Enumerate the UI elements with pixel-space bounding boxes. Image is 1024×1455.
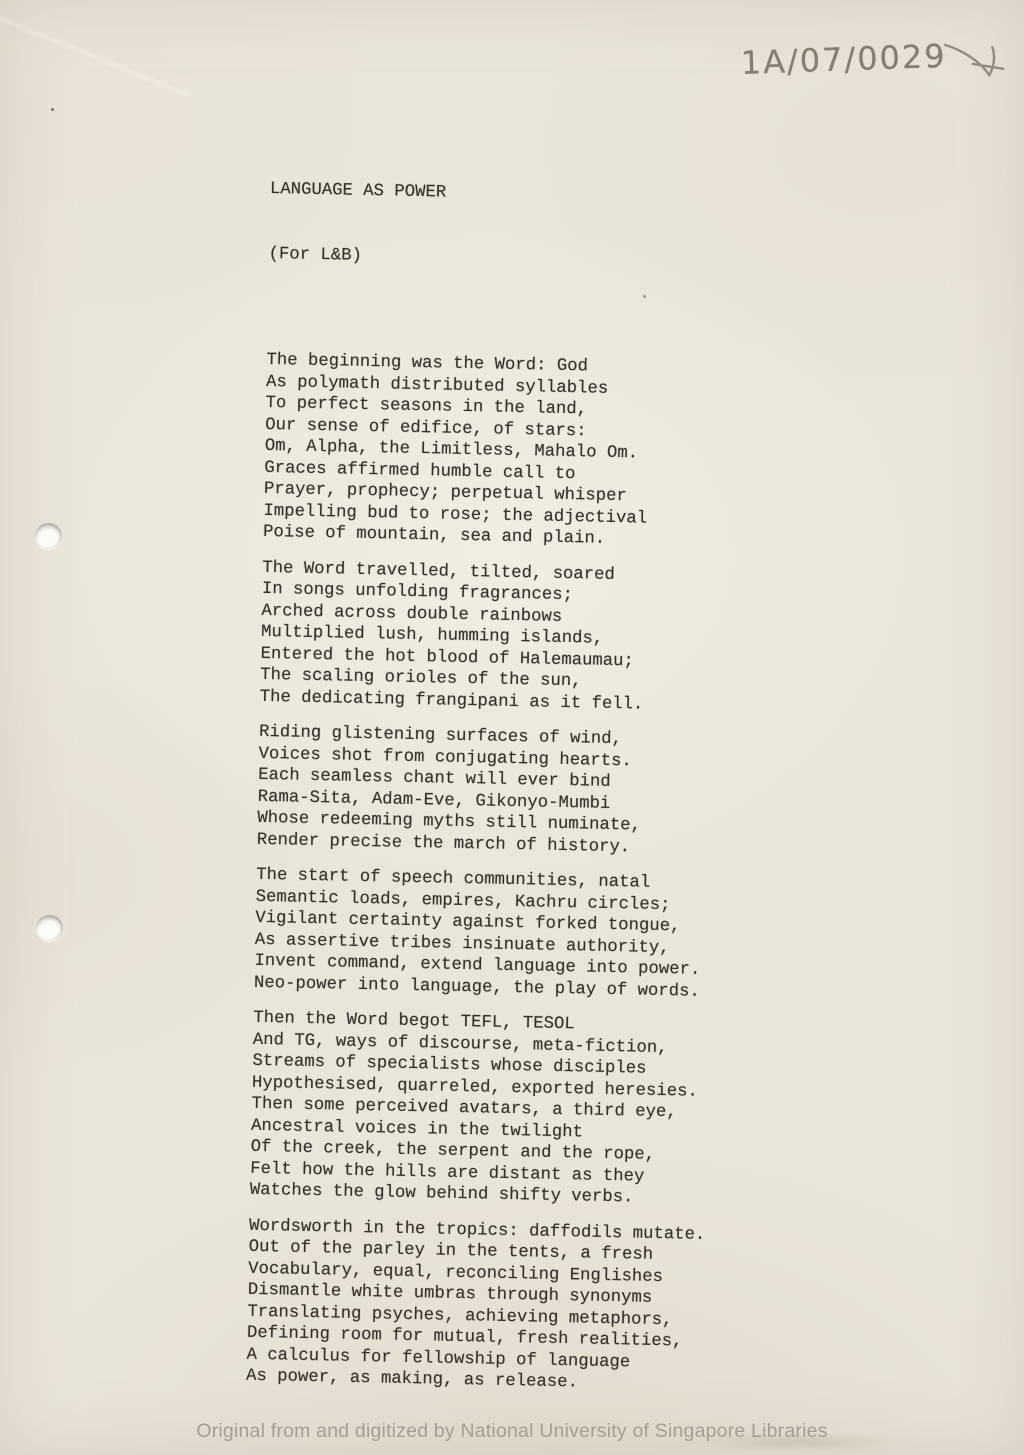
poem-stanzas: The beginning was the Word: GodAs polyma… xyxy=(246,350,723,1396)
stanza: Then the Word begot TEFL, TESOLAnd TG, w… xyxy=(250,1008,710,1211)
stanza: The beginning was the Word: GodAs polyma… xyxy=(263,350,723,553)
scanned-document-page: { "document": { "archival_reference": "1… xyxy=(0,0,1024,1455)
punch-hole-top xyxy=(35,523,62,549)
archival-reference-handwriting: 1A/07/0029 xyxy=(740,33,1007,88)
punch-hole-bottom xyxy=(36,915,63,941)
stanza: The Word travelled, tilted, soaredIn son… xyxy=(260,557,719,717)
digitization-watermark: Original from and digitized by National … xyxy=(0,1420,1024,1443)
pen-flourish-icon xyxy=(942,33,1008,81)
stanza: Wordsworth in the tropics: daffodils mut… xyxy=(246,1215,706,1396)
archival-reference-text: 1A/07/0029 xyxy=(740,37,947,82)
paper-crease xyxy=(0,9,192,97)
poem-title: LANGUAGE AS POWER xyxy=(270,179,727,210)
stanza: The start of speech communities, natalSe… xyxy=(254,865,713,1003)
poem-dedication: (For L&B) xyxy=(268,243,725,274)
paper-sheet: 1A/07/0029 LANGUAGE AS POWER (For L&B) T… xyxy=(0,0,1024,1455)
stanza: Riding glistening surfaces of wind,Voice… xyxy=(257,722,716,860)
paper-speck xyxy=(51,108,54,111)
poem: LANGUAGE AS POWER (For L&B) The beginnin… xyxy=(245,136,727,1453)
